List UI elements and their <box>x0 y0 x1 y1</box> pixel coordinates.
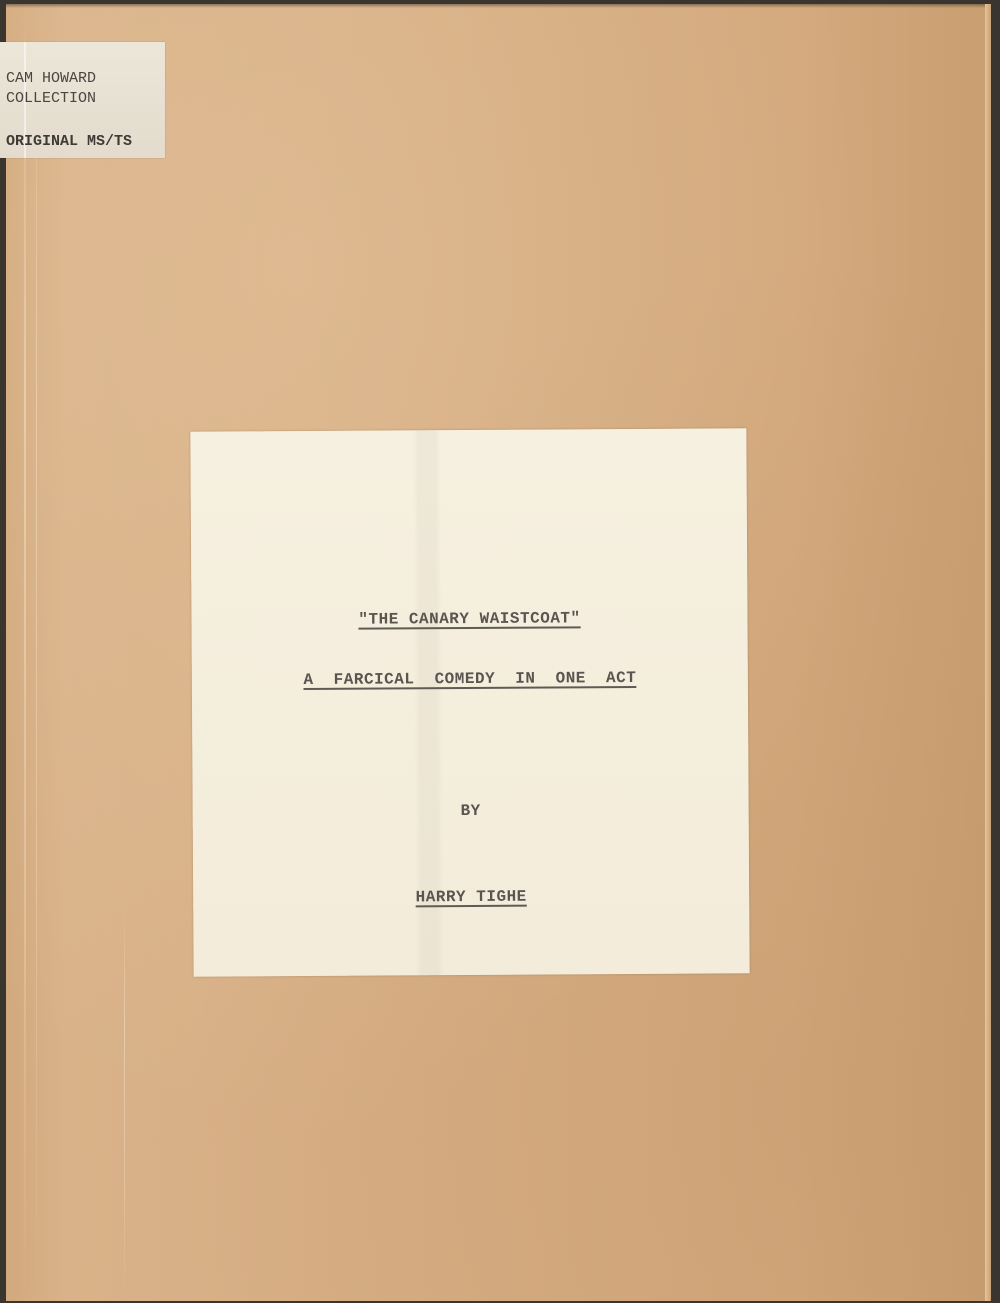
cover-right-edge <box>985 4 991 1301</box>
cover-crease <box>124 904 125 1301</box>
title-slip: "THE CANARY WAISTCOAT" A FARCICAL COMEDY… <box>190 428 749 976</box>
collection-label: CAM HOWARD COLLECTION ORIGINAL MS/TS <box>0 42 165 158</box>
collection-label-line-2: COLLECTION <box>6 90 96 108</box>
collection-label-line-1: CAM HOWARD <box>6 70 96 88</box>
byline-label: BY <box>193 800 749 821</box>
scanned-page: "THE CANARY WAISTCOAT" A FARCICAL COMEDY… <box>0 0 1000 1303</box>
play-title: "THE CANARY WAISTCOAT" <box>191 608 747 629</box>
play-subtitle: A FARCICAL COMEDY IN ONE ACT <box>192 668 748 689</box>
spine-crease <box>24 4 26 1301</box>
spine-crease <box>36 4 37 1301</box>
top-edge-shadow <box>6 4 991 8</box>
manila-cover: "THE CANARY WAISTCOAT" A FARCICAL COMEDY… <box>6 4 991 1301</box>
author-name: HARRY TIGHE <box>193 886 749 907</box>
collection-label-line-3: ORIGINAL MS/TS <box>6 133 132 151</box>
